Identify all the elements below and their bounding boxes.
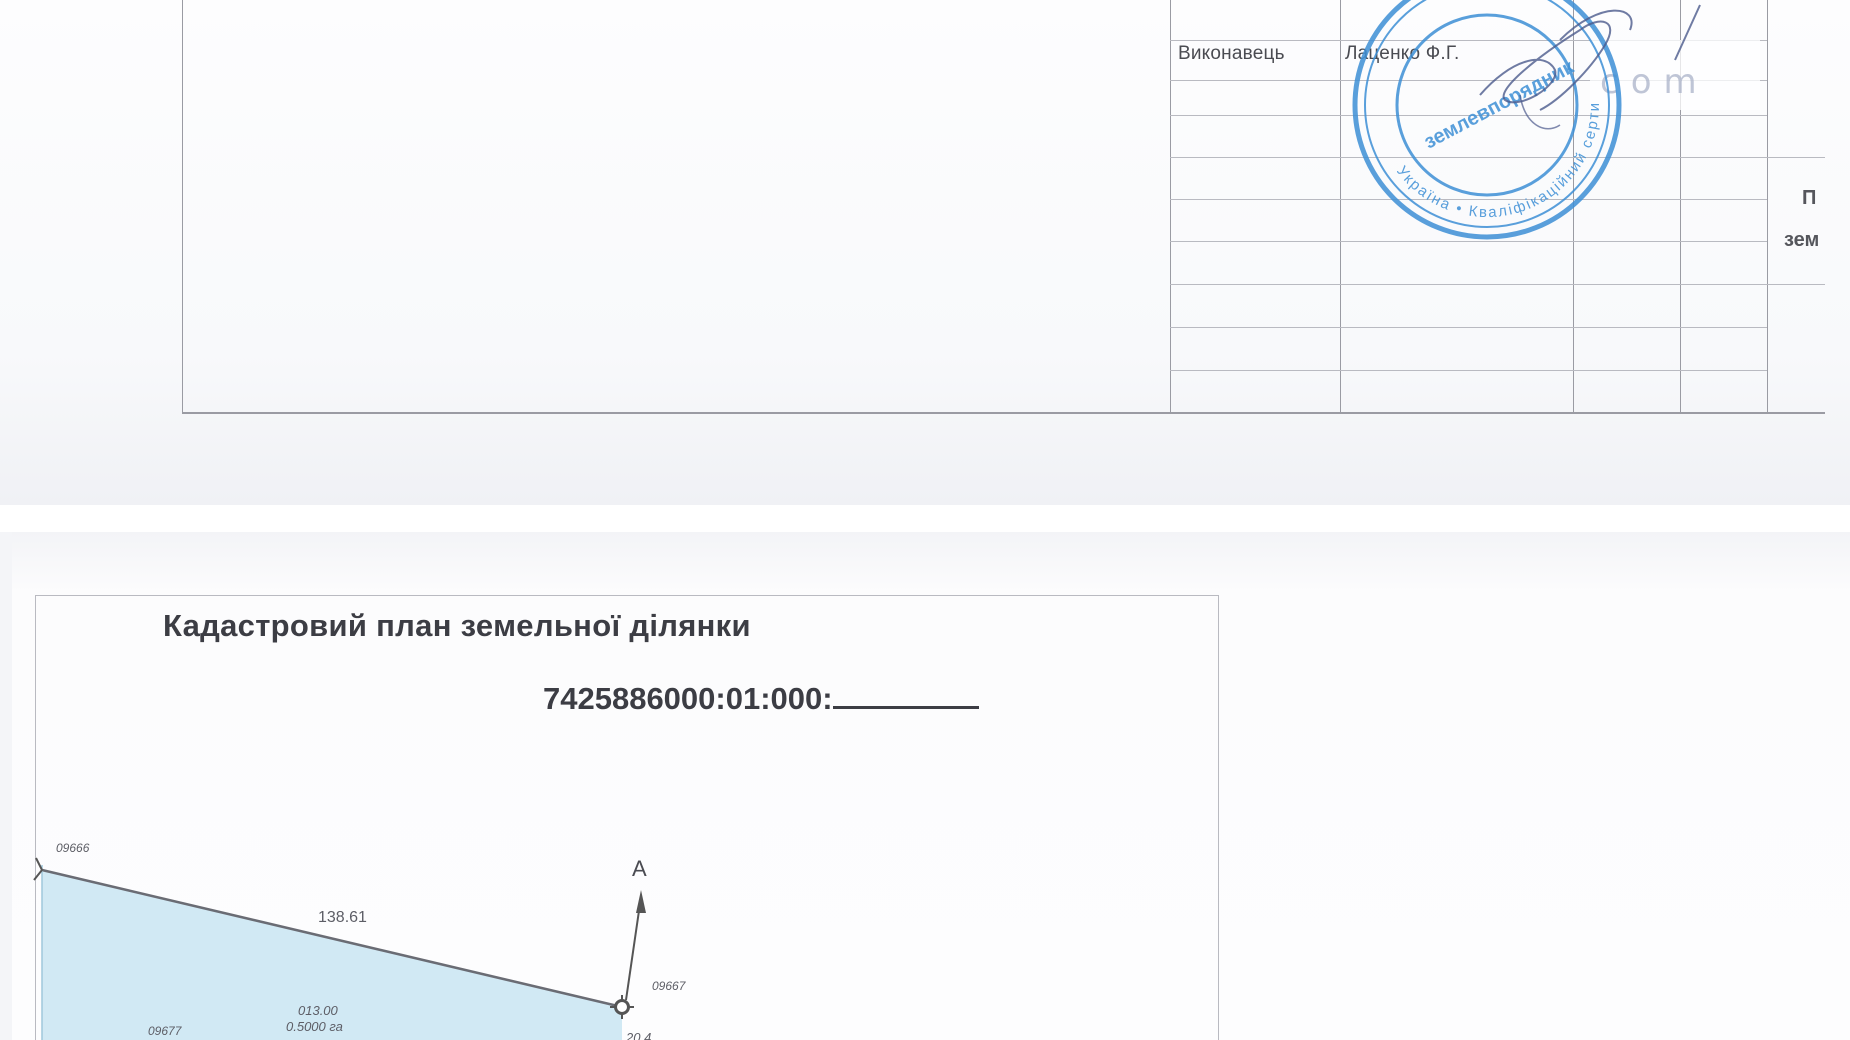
north-arrow-label: A [632, 856, 647, 882]
parcel-plan [0, 0, 1850, 1040]
parcel-area-label: 0.5000 га [286, 1019, 343, 1034]
vertex-label-09677: 09677 [148, 1024, 181, 1038]
vertex-label-09666: 09666 [56, 841, 89, 855]
edge-length-label: 138.61 [318, 909, 367, 927]
partial-edge-label: 20.4 [626, 1030, 651, 1040]
vertex-label-09667: 09667 [652, 979, 685, 993]
parcel-code-label: 013.00 [298, 1003, 338, 1018]
